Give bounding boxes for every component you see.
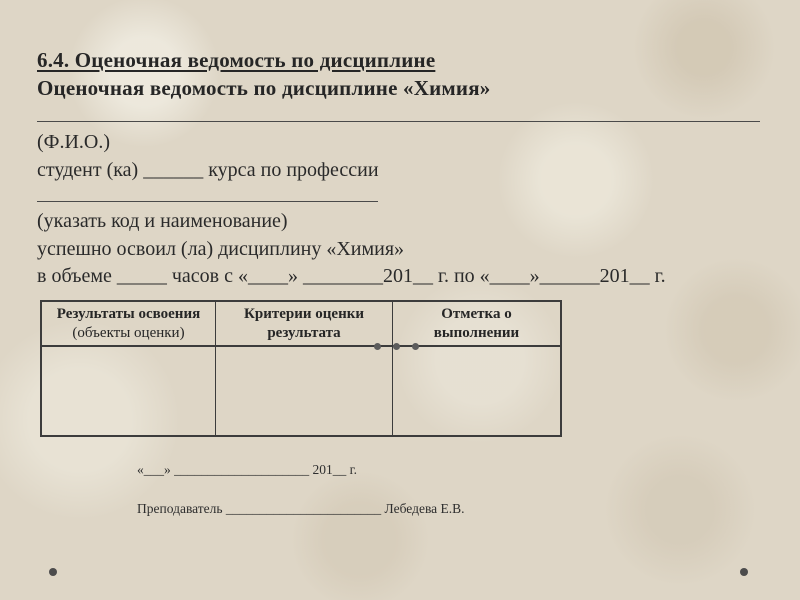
table-header-mark-subtitle: выполнении [393, 324, 560, 343]
bullet-dot-left [49, 568, 57, 576]
teacher-signature-line: Преподаватель _______________________ Ле… [137, 500, 465, 518]
fio-caption: (Ф.И.О.) [37, 129, 110, 155]
assessment-table: Результаты освоения (объекты оценки) Кри… [40, 300, 562, 437]
document-title: Оценочная ведомость по дисциплине «Химия… [37, 75, 490, 102]
table-header-mark: Отметка о выполнении [393, 302, 560, 345]
table-header-criteria-subtitle: результата [216, 324, 392, 343]
slide: 6.4. Оценочная ведомость по дисциплине О… [0, 0, 800, 600]
table-cell-criteria [216, 347, 393, 435]
table-cell-mark [393, 347, 560, 435]
table-header-results: Результаты освоения (объекты оценки) [42, 302, 216, 345]
ellipsis-dot-2 [393, 343, 400, 350]
fio-blank-line [37, 121, 760, 122]
ellipsis-dot-3 [412, 343, 419, 350]
table-cell-results [42, 347, 216, 435]
bullet-dot-right [740, 568, 748, 576]
table-header-results-subtitle: (объекты оценки) [42, 324, 215, 343]
ellipsis-dot-1 [374, 343, 381, 350]
section-title: 6.4. Оценочная ведомость по дисциплине [37, 47, 435, 74]
student-line: студент (ка) ______ курса по профессии [37, 157, 379, 183]
profession-blank-line [37, 201, 378, 202]
table-header-results-title: Результаты освоения [42, 305, 215, 324]
code-caption: (указать код и наименование) [37, 208, 288, 234]
table-header-criteria: Критерии оценки результата [216, 302, 393, 345]
table-header-criteria-title: Критерии оценки [216, 305, 392, 324]
volume-line: в объеме _____ часов с «____» ________20… [37, 263, 666, 289]
table-header-mark-title: Отметка о [393, 305, 560, 324]
assessment-table-header: Результаты освоения (объекты оценки) Кри… [42, 302, 560, 347]
assessment-table-body-row [42, 347, 560, 435]
mastered-line: успешно освоил (ла) дисциплину «Химия» [37, 236, 404, 262]
date-line: «___» ____________________ 201__ г. [137, 461, 357, 479]
